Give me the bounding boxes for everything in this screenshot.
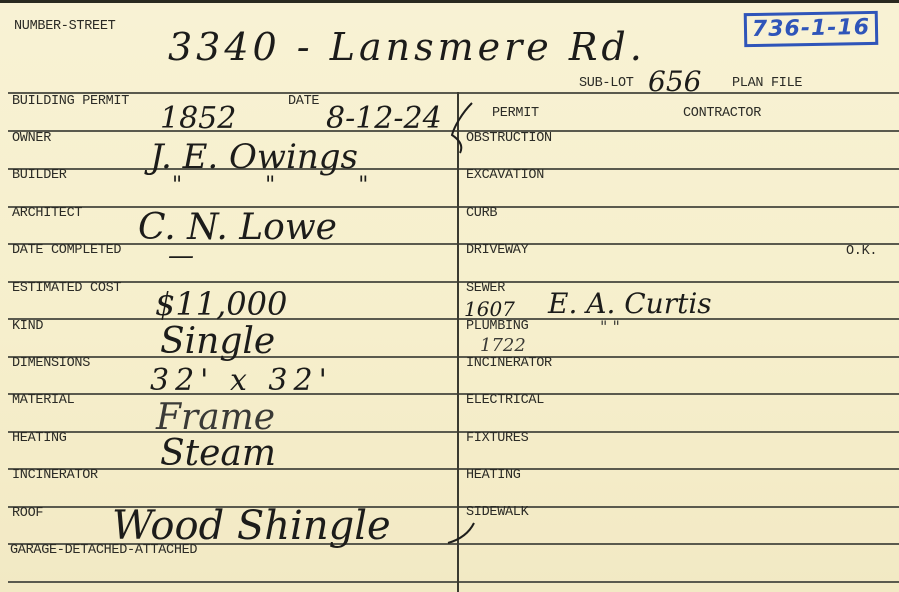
building-permit-card: 736-1-16 NUMBER-STREET 3340 - Lansmere R… <box>0 0 899 592</box>
bracket-marks <box>0 3 899 592</box>
